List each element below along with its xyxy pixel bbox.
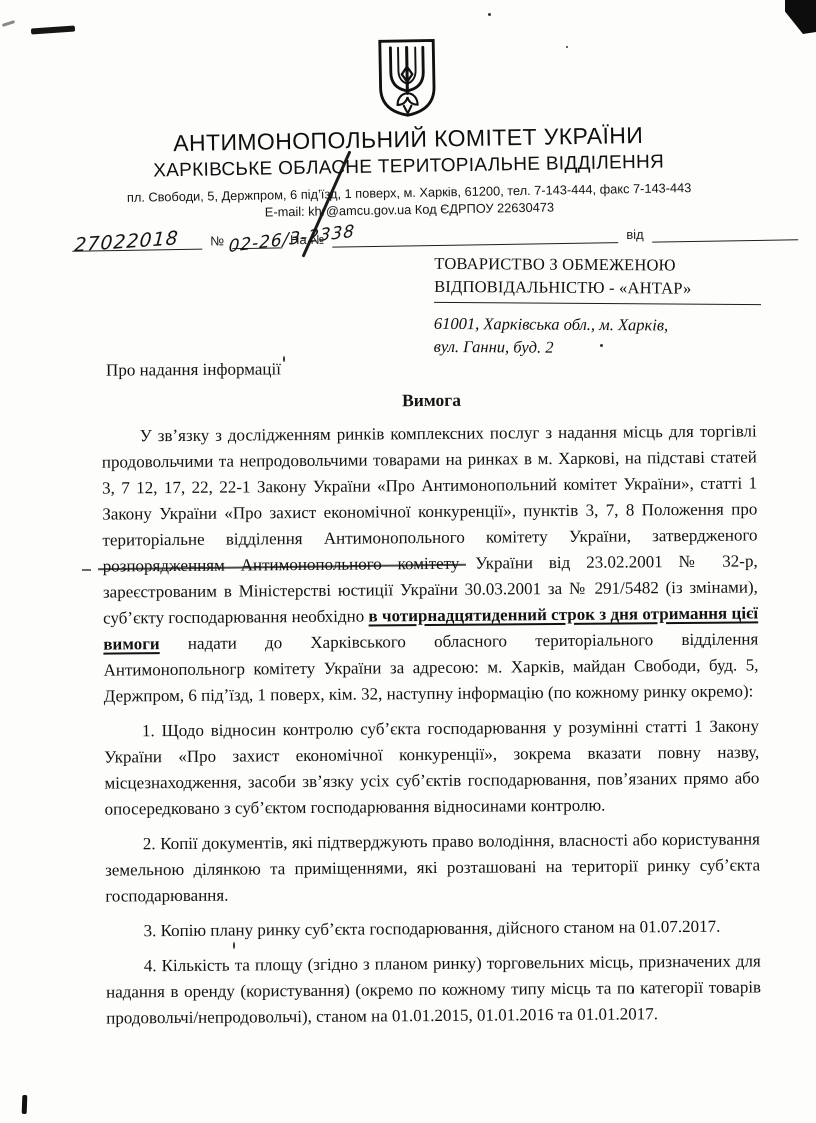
recipient-address: 61001, Харківська обл., м. Харків, вул. … [434,312,761,360]
recipient-address-line2: вул. Ганни, буд. 2 [434,335,761,360]
document-body: У зв’язку з дослідженням ринків комплекс… [102,418,762,1040]
paragraph-intro-part1: У зв’язку з дослідженням ринків комплекс… [102,421,758,627]
paragraph-intro-part2: надати до Харківського обласного територ… [103,629,758,705]
scan-corner-mark [785,0,816,34]
recipient-name: ТОВАРИСТВО З ОБМЕЖЕНОЮ ВІДПОВІДАЛЬНІСТЮ … [434,252,761,305]
subject-line: Про надання інформації [106,359,281,380]
incoming-number-field [332,222,618,247]
list-item-1: 1. Щодо відносин контролю суб’єкта госпо… [104,713,760,822]
scan-tick-mark [2,20,15,27]
ukraine-trident-emblem [375,37,438,120]
scan-strike-stub [82,569,91,571]
incoming-date-field [651,219,798,242]
handwritten-date: 27022018 [73,227,179,256]
scan-dash-mark [31,25,75,34]
number-label: № [208,233,226,249]
date-field: 27022018 [72,219,202,252]
list-item-3: 3. Копію плану ринку суб’єкта господарюв… [105,913,760,944]
vid-label: від [624,227,646,243]
recipient-block: ТОВАРИСТВО З ОБМЕЖЕНОЮ ВІДПОВІДАЛЬНІСТЮ … [434,252,762,360]
recipient-name-line2: ВІДПОВІДАЛЬНІСТЮ - «АНТАР» [434,275,761,300]
recipient-address-line1: 61001, Харківська обл., м. Харків, [434,312,761,337]
number-field: 02-26/3-2338 [232,217,282,249]
list-item-4: 4. Кількість та площу (згідно з планом р… [106,948,762,1031]
scan-speck [283,356,285,362]
letterhead: АНТИМОНОПОЛЬНИЙ КОМІТЕТ УКРАЇНИ ХАРКІВСЬ… [0,31,816,224]
list-item-2: 2. Копії документів, які підтверджують п… [105,826,761,909]
pen-stroke-mark [22,1095,28,1114]
recipient-name-line1: ТОВАРИСТВО З ОБМЕЖЕНОЮ [434,252,761,277]
scanned-letter-page: АНТИМОНОПОЛЬНИЙ КОМІТЕТ УКРАЇНИ ХАРКІВСЬ… [0,0,816,1123]
handwritten-number: 02-26/3-2338 [228,221,356,257]
paragraph-intro: У зв’язку з дослідженням ринків комплекс… [102,418,759,709]
document-title: Вимога [104,388,759,414]
scan-speck [488,13,491,16]
